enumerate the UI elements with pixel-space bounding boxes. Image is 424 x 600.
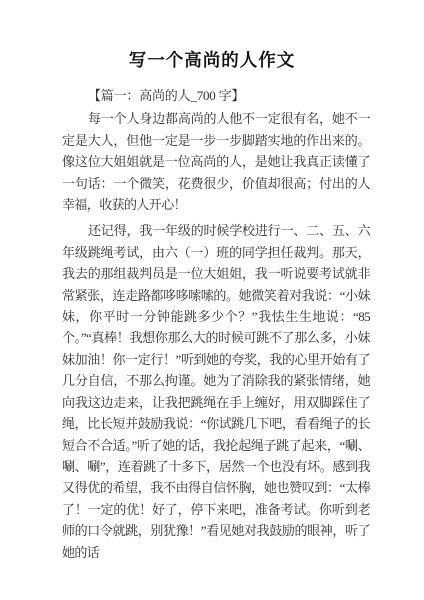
essay-content: 【篇一：高尚的人_700 字】 每一个人身边都高尚的人他不一定很有名，她不一定是… [62,85,370,563]
essay-paragraph: 还记得，我一年级的时候学校进行一、二、五、六年级跳绳考试，由六（一）班的同学担任… [62,220,370,563]
essay-page: 写一个高尚的人作文 【篇一：高尚的人_700 字】 每一个人身边都高尚的人他不一… [0,0,424,600]
page-title: 写一个高尚的人作文 [0,48,424,72]
essay-paragraph: 每一个人身边都高尚的人他不一定很有名，她不一定是大人，但他一定是一步一步脚踏实地… [62,108,370,215]
section-heading: 【篇一：高尚的人_700 字】 [62,85,370,106]
